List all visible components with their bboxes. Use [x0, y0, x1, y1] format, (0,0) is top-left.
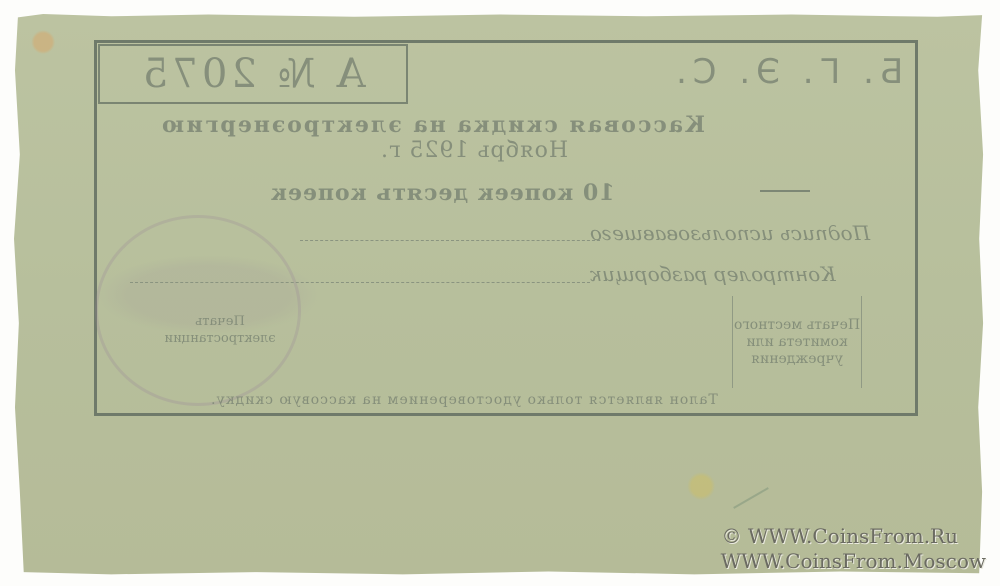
footer-note: Талон является только удостоверением на … — [210, 392, 718, 408]
voucher-month: Ноябрь 1925 г. — [380, 138, 568, 163]
committee-stamp-area: Печать местного комитета или учреждения — [732, 296, 862, 388]
serial-number: А № 2075 — [139, 51, 366, 97]
station-stamp-area: Печать электростанции — [150, 300, 290, 360]
watermark-line-1: © WWW.CoinsFrom.Ru — [721, 524, 958, 548]
user-signature-line — [300, 240, 600, 241]
amount-decorative-dash — [760, 190, 810, 192]
controller-signature-line — [130, 282, 590, 283]
watermark-line-2: WWW.CoinsFrom.Moscow — [721, 549, 986, 573]
organization-abbrev: Б. Г. Э. С. — [670, 52, 903, 92]
voucher-title: Кассовая скидка на электроэнергию — [160, 112, 705, 138]
user-signature-label: Подпись использовавшего — [590, 221, 870, 245]
voucher-amount: 10 копеек десять копеек — [270, 180, 615, 206]
serial-number-box: А № 2075 — [98, 44, 408, 104]
controller-label: Контролер разборщик — [590, 262, 836, 286]
